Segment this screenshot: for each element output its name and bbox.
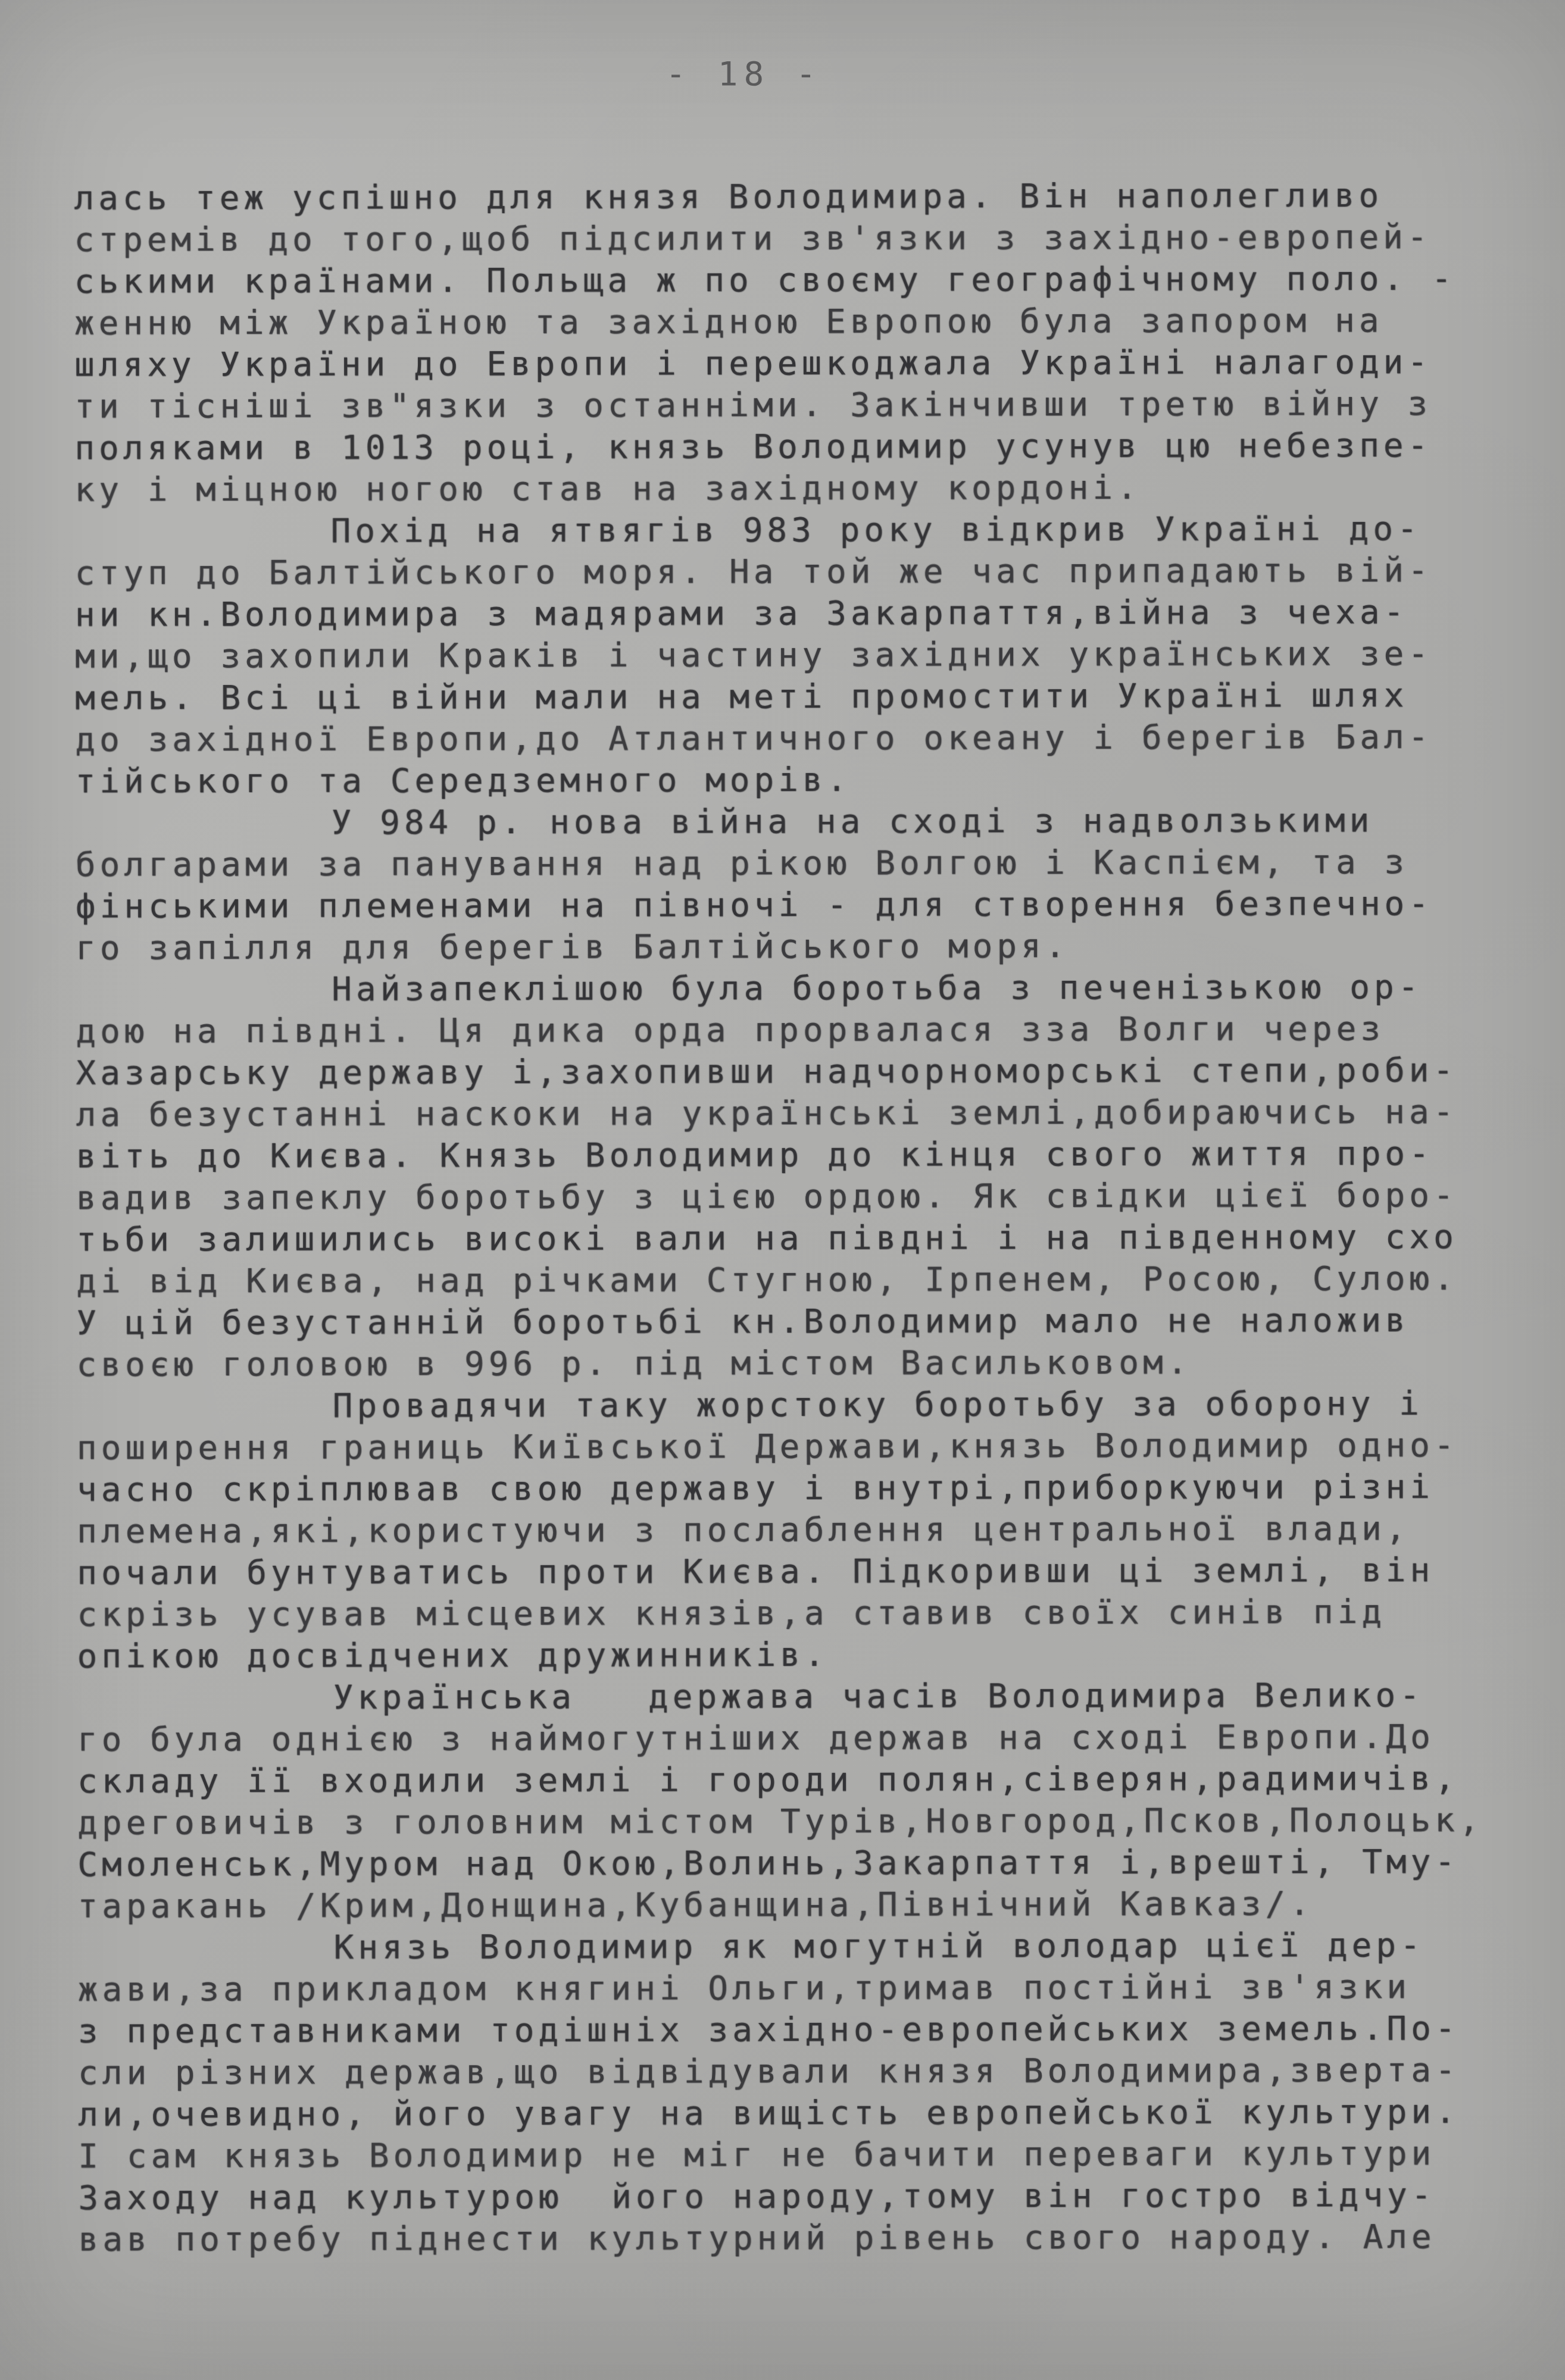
text-line: Князь Володимир як могутній володар цієї… — [77, 1924, 1513, 1969]
text-line: часно скріплював свою державу і внутрі,п… — [77, 1466, 1512, 1510]
text-line: вав потребу піднести культурний рівень с… — [79, 2216, 1514, 2260]
text-line: з представниками тодішніх західно-европе… — [78, 2007, 1513, 2052]
text-line: Похід на ятвягів 983 року відкрив Україн… — [75, 508, 1510, 552]
text-line: Смоленськ,Муром над Окою,Волинь,Закарпат… — [77, 1841, 1513, 1885]
text-line: женню між Україною та західною Европою б… — [74, 299, 1510, 344]
text-line: сли різних держав,що відвідували князя В… — [78, 2049, 1513, 2094]
text-line: скрізь усував місцевих князів,а ставив с… — [77, 1591, 1512, 1635]
text-line: таракань /Крим,Донщина,Кубанщина,Північн… — [77, 1882, 1513, 1927]
text-line: Українська держава часів Володимира Вели… — [77, 1674, 1513, 1719]
text-line: Хазарську державу і,захопивши надчорномо… — [76, 1049, 1511, 1094]
text-line: ти тісніші зв"язки з останніми. Закінчив… — [74, 383, 1510, 427]
paragraph: Похід на ятвягів 983 року відкрив Україн… — [75, 508, 1511, 802]
text-line: Найзапеклішою була боротьба з печенізько… — [76, 966, 1511, 1011]
text-line: У 984 р. нова війна на сході з надволзьк… — [76, 799, 1511, 844]
text-line: племена,які,користуючи з послаблення цен… — [77, 1508, 1512, 1552]
text-line: ли,очевидно, його увагу на вищість европ… — [78, 2091, 1513, 2135]
text-line: ни кн.Володимира з мадярами за Закарпатт… — [75, 591, 1510, 636]
text-line: ми,що захопили Краків і частину західних… — [75, 633, 1510, 677]
text-line: віть до Києва. Князь Володимир до кінця … — [76, 1133, 1511, 1177]
text-line: ськими країнами. Польща ж по своєму геог… — [74, 258, 1510, 302]
text-line: У цій безустанній боротьбі кн.Володимир … — [76, 1299, 1511, 1344]
text-line: своєю головою в 996 р. під містом Василь… — [76, 1341, 1511, 1386]
paragraph: Провадячи таку жорстоку боротьбу за обор… — [77, 1383, 1513, 1677]
text-line: поляками в 1013 році, князь Володимир ус… — [74, 424, 1510, 469]
paragraph: У 984 р. нова війна на сході з надволзьк… — [76, 799, 1511, 969]
text-line: стремів до того,щоб підсилити зв'язки з … — [74, 216, 1509, 261]
text-line: тьби залишились високі вали на півдні і … — [76, 1216, 1511, 1261]
text-line: дою на півдні. Ця дика орда прорвалася з… — [76, 1008, 1511, 1052]
text-line: фінськими племенами на півночі - для ств… — [76, 883, 1511, 927]
text-line: дреговичів з головним містом Турів,Новго… — [77, 1799, 1513, 1844]
text-line: до західної Европи,до Атлантичного океан… — [75, 716, 1510, 761]
text-line: складу її входили землі і городи полян,с… — [77, 1757, 1513, 1802]
paragraph: Українська держава часів Володимира Вели… — [77, 1674, 1513, 1927]
text-line: жави,за прикладом княгині Ольги,тримав п… — [78, 1966, 1513, 2010]
text-line: шляху України до Европи і перешкоджала У… — [74, 341, 1510, 386]
text-line: тійського та Середземного морів. — [75, 758, 1510, 802]
text-line: І сам князь Володимир не міг не бачити п… — [78, 2132, 1513, 2177]
page-number: - 18 - — [0, 55, 1565, 93]
paragraph: Найзапеклішою була боротьба з печенізько… — [76, 966, 1511, 1386]
text-line: вадив запеклу боротьбу з цією ордою. Як … — [76, 1174, 1511, 1219]
document-body: лась теж успішно для князя Володимира. В… — [74, 174, 1513, 2260]
text-line: ла безустанні наскоки на українські земл… — [76, 1091, 1511, 1136]
text-line: ступ до Балтійського моря. На той же час… — [75, 549, 1510, 594]
paragraph: лась теж успішно для князя Володимира. В… — [74, 174, 1510, 511]
text-line: го запілля для берегів Балтійського моря… — [76, 924, 1511, 969]
text-line: поширення границь Київської Держави,княз… — [77, 1424, 1512, 1469]
text-line: ді від Києва, над річками Стугною, Ірпен… — [76, 1258, 1511, 1302]
text-line: опікою досвідчених дружинників. — [77, 1632, 1512, 1677]
text-line: лась теж успішно для князя Володимира. В… — [74, 174, 1509, 219]
text-line: мель. Всі ці війни мали на меті промости… — [75, 674, 1510, 719]
text-line: го була однією з наймогутніших держав на… — [77, 1716, 1513, 1760]
paragraph: Князь Володимир як могутній володар цієї… — [77, 1924, 1513, 2260]
text-line: Провадячи таку жорстоку боротьбу за обор… — [77, 1383, 1512, 1427]
text-line: ку і міцною ногою став на західному корд… — [74, 466, 1510, 511]
text-line: Заходу над культурою його народу,тому ві… — [78, 2174, 1513, 2219]
text-line: болгарами за панування над рікою Волгою … — [76, 841, 1511, 886]
scanned-page: - 18 - лась теж успішно для князя Володи… — [0, 0, 1565, 2380]
text-line: почали бунтуватись проти Києва. Підкорив… — [77, 1549, 1512, 1594]
